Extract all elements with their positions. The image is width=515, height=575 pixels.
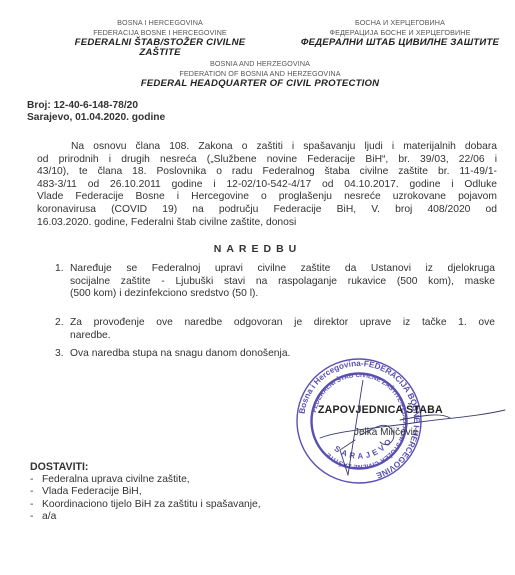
header-cyrillic-country: БОСНА И ХЕРЦЕГОВИНА xyxy=(300,18,500,28)
order-item-2: 2. Za provođenje ove naredbe odgovoran j… xyxy=(55,317,495,342)
distribution-item: -Federalna uprava civilne zaštite, xyxy=(30,474,261,486)
header-latin-country: BOSNA I HERCEGOVINA xyxy=(60,18,260,28)
distribution-item: -a/a xyxy=(30,511,261,523)
order-item-line: Ova naredba stupa na snagu danom donošen… xyxy=(70,348,495,361)
preamble-line: 43/10), te člana 18. Poslovnika o radu F… xyxy=(37,166,497,179)
preamble-line: od prirodnih i drugih nesreća („Službene… xyxy=(37,154,497,167)
order-item-1: 1. Naređuje se Federalnoj upravi civilne… xyxy=(55,263,495,301)
order-item-line: socijalne zaštite - Ljubuški stavi na ra… xyxy=(70,276,495,289)
distribution-title: DOSTAVITI: xyxy=(30,461,88,473)
order-item-line: naredbe. xyxy=(70,330,495,343)
preamble-line: Na osnovu člana 108. Zakona o zaštiti i … xyxy=(37,141,497,154)
order-item-line: Za provođenje ove naredbe odgovoran je d… xyxy=(70,317,495,330)
order-item-number: 2. xyxy=(55,317,64,330)
preamble-paragraph: Na osnovu člana 108. Zakona o zaštiti i … xyxy=(37,141,497,229)
header-cyrillic-institution: ФЕДЕРАЛНИ ШТАБ ЦИВИЛНЕ ЗАШТИТЕ xyxy=(300,38,500,48)
header-cyrillic: БОСНА И ХЕРЦЕГОВИНА ФЕДЕРАЦИЈА БОСНЕ И Х… xyxy=(300,18,500,48)
header-english-institution: FEDERAL HEADQUARTER OF CIVIL PROTECTION xyxy=(100,79,420,89)
preamble-line: 483-3/11 od 26.10.2011 godine i 12-02/10… xyxy=(37,179,497,192)
handwritten-signature-icon xyxy=(300,380,510,490)
order-item-3: 3. Ova naredba stupa na snagu danom dono… xyxy=(55,348,495,361)
order-item-number: 3. xyxy=(55,348,64,361)
preamble-line: 16.03.2020. godine, Federalni štab civil… xyxy=(37,217,497,230)
header-english-country: BOSNIA AND HERZEGOVINA xyxy=(100,59,420,69)
document-title: NAREDBU xyxy=(0,243,515,255)
distribution-item: -Vlada Federacije BiH, xyxy=(30,486,261,498)
order-item-line: Naređuje se Federalnoj upravi civilne za… xyxy=(70,263,495,276)
reference-number: Broj: 12-40-6-148-78/20 xyxy=(27,100,138,111)
order-item-number: 1. xyxy=(55,263,64,276)
reference-place-date: Sarajevo, 01.04.2020. godine xyxy=(27,112,165,123)
header-latin-institution: FEDERALNI ŠTAB/STOŽER CIVILNE ZAŠTITE xyxy=(60,38,260,58)
preamble-line: Vlade Federacije Bosne i Hercegovine o p… xyxy=(37,191,497,204)
order-item-line: (500 kom) i dezinfekciono sredstvo (50 l… xyxy=(70,288,495,301)
distribution-item: -Koordinaciono tijelo BiH za zaštitu i s… xyxy=(30,499,261,511)
header-latin: BOSNA I HERCEGOVINA FEDERACIJA BOSNE I H… xyxy=(60,18,260,58)
header-english: BOSNIA AND HERZEGOVINA FEDERATION OF BOS… xyxy=(100,59,420,89)
distribution-list: -Federalna uprava civilne zaštite, -Vlad… xyxy=(30,474,261,524)
preamble-line: koronavirusa (COVID 19) na području Fede… xyxy=(37,204,497,217)
